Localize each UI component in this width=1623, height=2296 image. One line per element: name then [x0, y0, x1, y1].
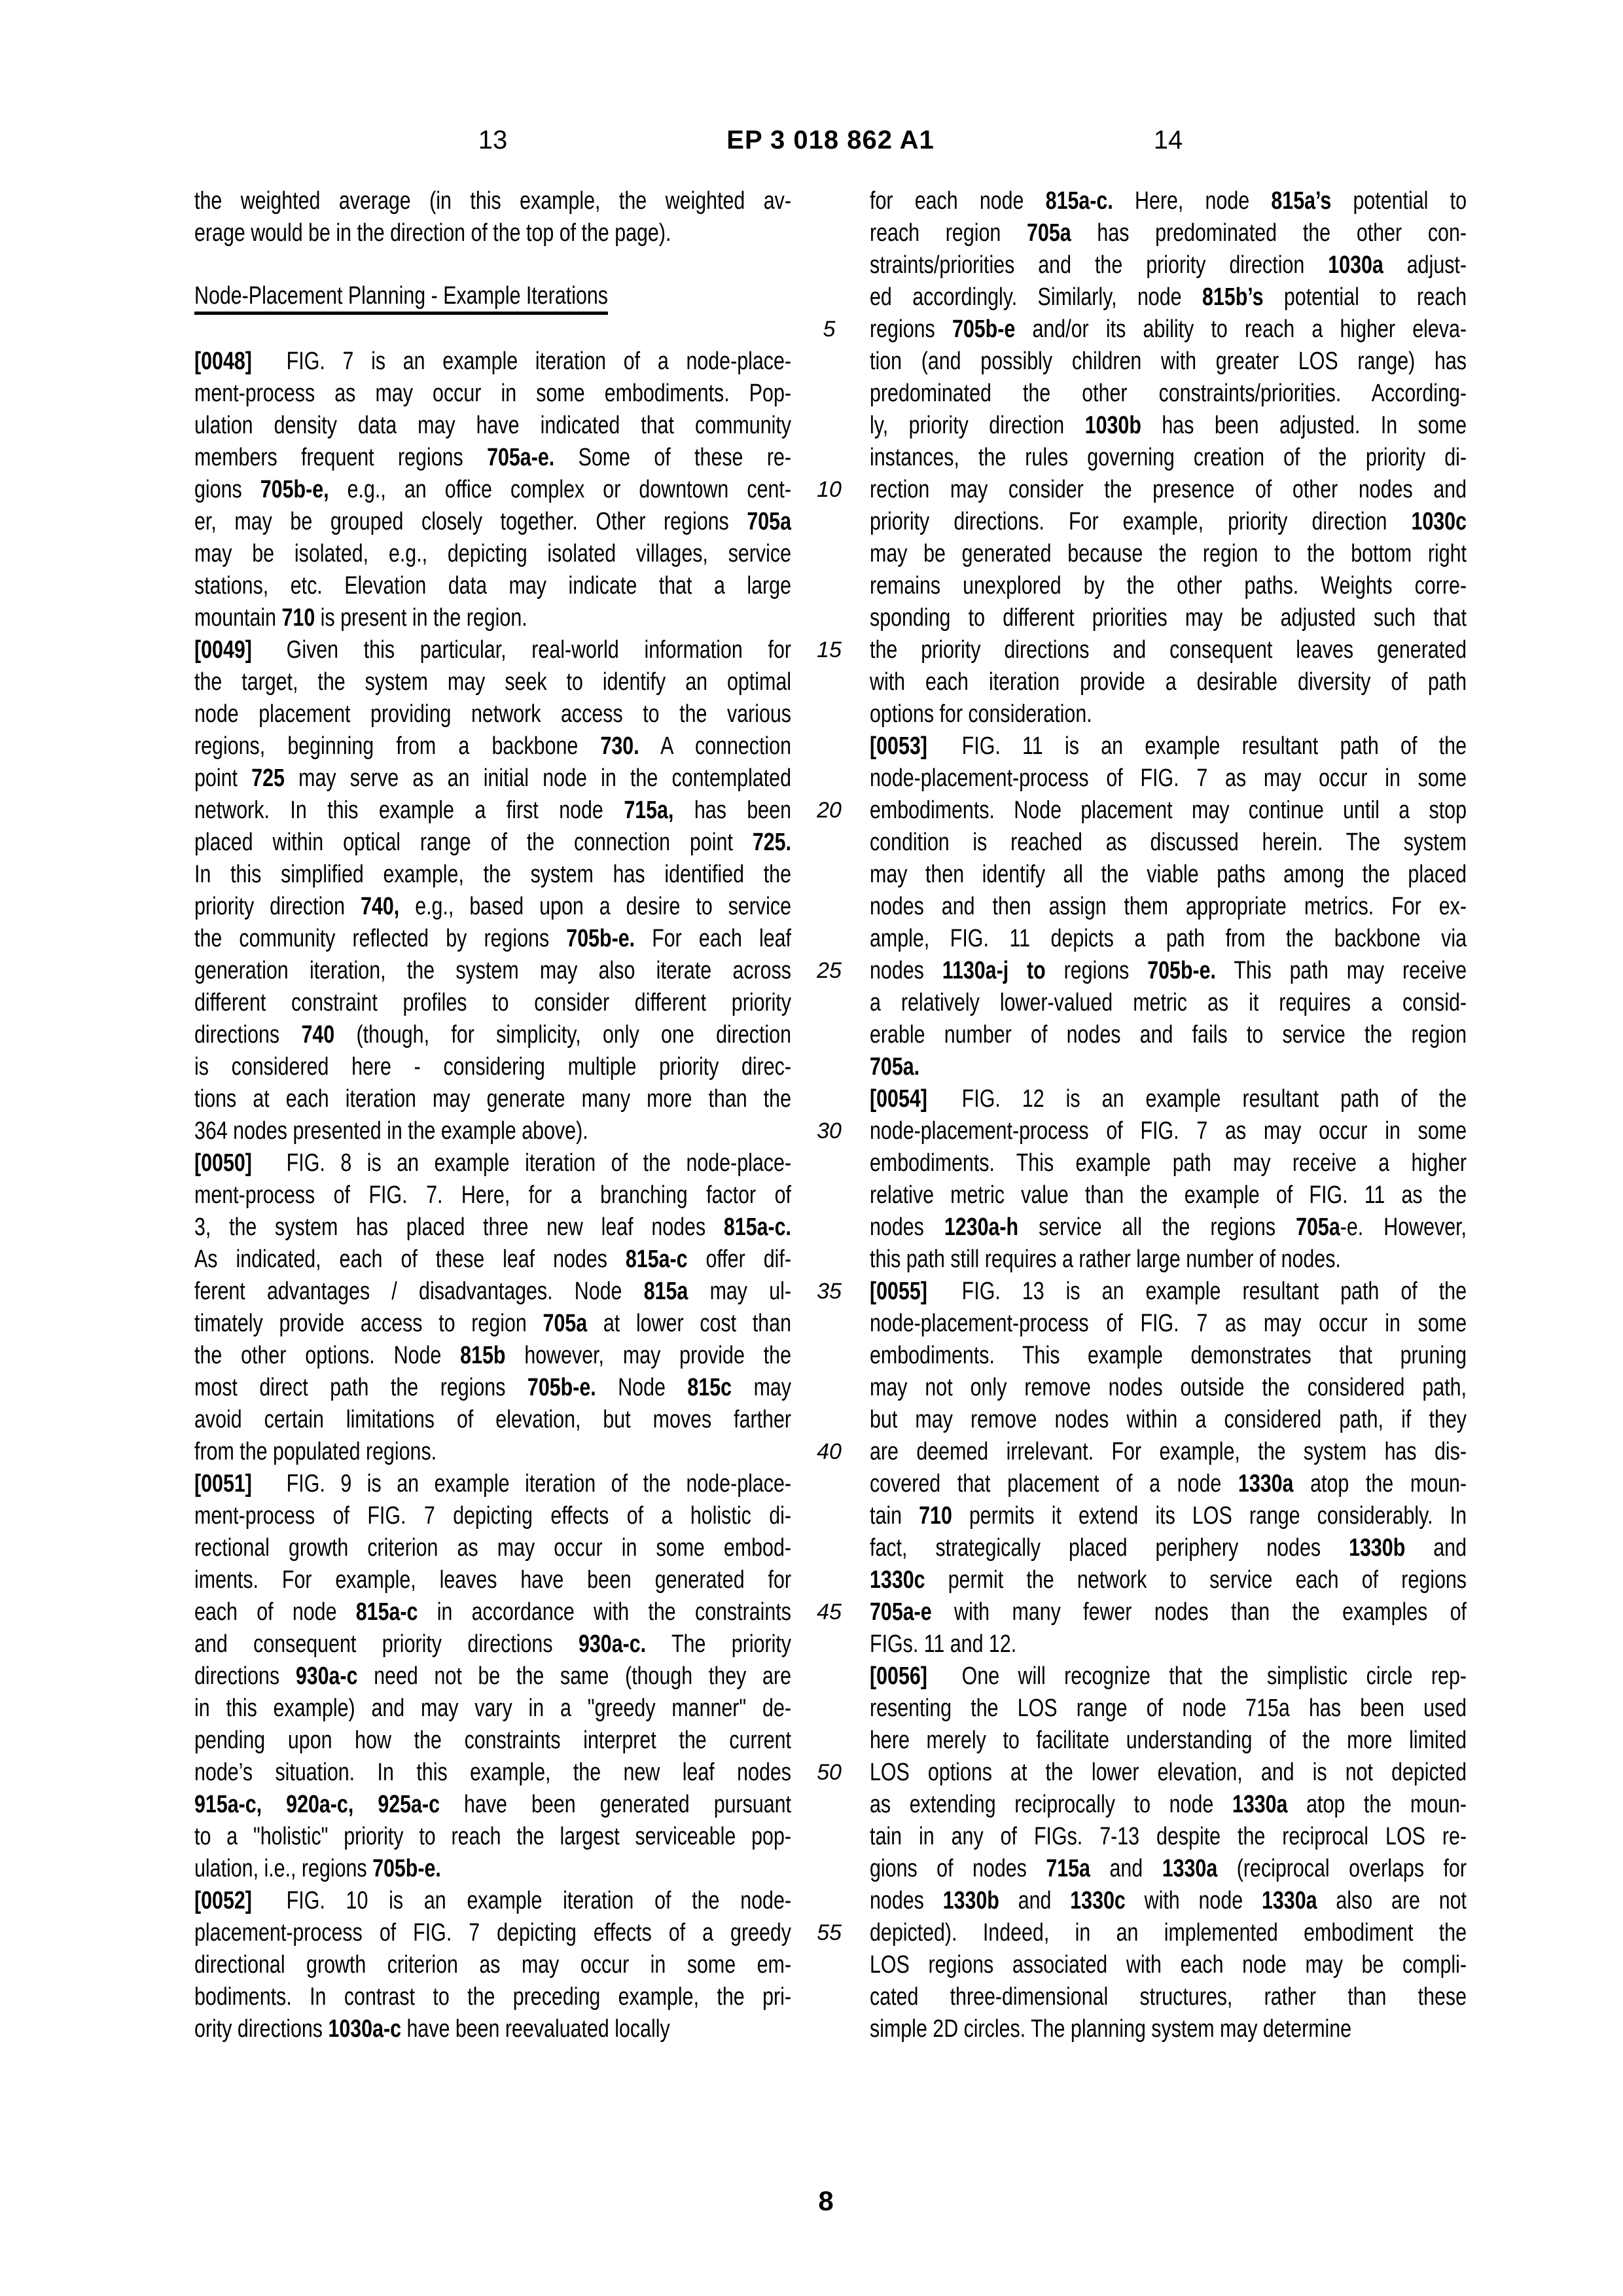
line-number: 30 — [806, 1115, 852, 1147]
text-line: predominated the other constraints/prior… — [870, 378, 1467, 410]
text-line: most direct path the regions 705b-e. Nod… — [194, 1372, 791, 1404]
text-line: relative metric value than the example o… — [870, 1179, 1467, 1211]
text-line: straints/priorities and the priority dir… — [870, 249, 1467, 281]
text-line: gions of nodes 715a and 1330a (reciproca… — [870, 1853, 1467, 1885]
line-number: 35 — [806, 1276, 852, 1308]
text-line: LOS regions associated with each node ma… — [870, 1949, 1467, 1981]
text-line: node-placement-process of FIG. 7 as may … — [870, 762, 1467, 795]
text-column-right-content: for each node 815a-c. Here, node 815a’s … — [870, 185, 1467, 2045]
text-line: 705a. — [870, 1051, 1467, 1083]
text-line: directional growth criterion as may occu… — [194, 1949, 791, 1981]
text-line: 1330c permit the network to service each… — [870, 1564, 1467, 1596]
page-number: 8 — [793, 2185, 859, 2217]
text-line: ed accordingly. Similarly, node 815b’s p… — [870, 281, 1467, 314]
text-line: As indicated, each of these leaf nodes 8… — [194, 1244, 791, 1276]
line-number: 15 — [806, 634, 852, 666]
text-line: regions 705b-e and/or its ability to rea… — [870, 314, 1467, 346]
text-line: may not only remove nodes outside the co… — [870, 1372, 1467, 1404]
line-number: 50 — [806, 1757, 852, 1789]
text-line: from the populated regions. — [194, 1436, 791, 1468]
text-line: tain 710 permits it extend its LOS range… — [870, 1500, 1467, 1532]
text-line: tion (and possibly children with greater… — [870, 346, 1467, 378]
line-number: 45 — [806, 1596, 852, 1628]
text-line: embodiments. This example demonstrates t… — [870, 1340, 1467, 1372]
text-line: avoid certain limitations of elevation, … — [194, 1404, 791, 1436]
text-line: with each iteration provide a desirable … — [870, 666, 1467, 698]
text-line: iments. For example, leaves have been ge… — [194, 1564, 791, 1596]
text-line: to a "holistic" priority to reach the la… — [194, 1821, 791, 1853]
text-line: cated three-dimensional structures, rath… — [870, 1981, 1467, 2013]
text-line: stations, etc. Elevation data may indica… — [194, 570, 791, 602]
text-line: may be isolated, e.g., depicting isolate… — [194, 538, 791, 570]
text-line: a relatively lower-valued metric as it r… — [870, 987, 1467, 1019]
text-line: is considered here - considering multipl… — [194, 1051, 791, 1083]
line-number: 40 — [806, 1436, 852, 1468]
text-line: different constraint profiles to conside… — [194, 987, 791, 1019]
text-line: pending upon how the constraints interpr… — [194, 1725, 791, 1757]
text-line: [0054]FIG. 12 is an example resultant pa… — [870, 1083, 1467, 1115]
text-line: sponding to different priorities may be … — [870, 602, 1467, 634]
text-line: priority directions. For example, priori… — [870, 506, 1467, 538]
text-line: nodes 1130a-j to regions 705b-e. This pa… — [870, 955, 1467, 987]
text-line: the other options. Node 815b however, ma… — [194, 1340, 791, 1372]
text-line: the community reflected by regions 705b-… — [194, 923, 791, 955]
text-line: 364 nodes presented in the example above… — [194, 1115, 791, 1147]
text-line: In this simplified example, the system h… — [194, 859, 791, 891]
text-line: the weighted average (in this example, t… — [194, 185, 791, 217]
text-line: [0056]One will recognize that the simpli… — [870, 1660, 1467, 1693]
text-line: ly, priority direction 1030b has been ad… — [870, 410, 1467, 442]
text-line: network. In this example a first node 71… — [194, 795, 791, 827]
line-number: 25 — [806, 955, 852, 987]
text-line: 915a-c, 920a-c, 925a-c have been generat… — [194, 1789, 791, 1821]
text-line: covered that placement of a node 1330a a… — [870, 1468, 1467, 1500]
text-line: this path still requires a rather large … — [870, 1244, 1467, 1276]
text-line: and consequent priority directions 930a-… — [194, 1628, 791, 1660]
text-line: [0051]FIG. 9 is an example iteration of … — [194, 1468, 791, 1500]
text-line: LOS options at the lower elevation, and … — [870, 1757, 1467, 1789]
text-line: 3, the system has placed three new leaf … — [194, 1211, 791, 1244]
section-heading: Node-Placement Planning - Example Iterat… — [194, 281, 608, 315]
text-line: may then identify all the viable paths a… — [870, 859, 1467, 891]
text-line: ment-process of FIG. 7. Here, for a bran… — [194, 1179, 791, 1211]
text-line: [0055]FIG. 13 is an example resultant pa… — [870, 1276, 1467, 1308]
text-line: may be generated because the region to t… — [870, 538, 1467, 570]
text-line: ment-process as may occur in some embodi… — [194, 378, 791, 410]
text-line: er, may be grouped closely together. Oth… — [194, 506, 791, 538]
text-line: timately provide access to region 705a a… — [194, 1308, 791, 1340]
text-line: fact, strategically placed periphery nod… — [870, 1532, 1467, 1564]
patent-document-page: 13 EP 3 018 862 A1 14 510152025303540455… — [0, 0, 1623, 2296]
text-line: the target, the system may seek to ident… — [194, 666, 791, 698]
text-line: ulation density data may have indicated … — [194, 410, 791, 442]
text-line: instances, the rules governing creation … — [870, 442, 1467, 474]
text-line: ment-process of FIG. 7 depicting effects… — [194, 1500, 791, 1532]
text-line: directions 740 (though, for simplicity, … — [194, 1019, 791, 1051]
text-line: rectional growth criterion as may occur … — [194, 1532, 791, 1564]
text-line: placement-process of FIG. 7 depicting ef… — [194, 1917, 791, 1949]
text-column-left: the weighted average (in this example, t… — [194, 185, 791, 2045]
text-line: members frequent regions 705a-e. Some of… — [194, 442, 791, 474]
text-line: ority directions 1030a-c have been reeva… — [194, 2013, 791, 2045]
text-line: reach region 705a has predominated the o… — [870, 217, 1467, 249]
text-line: as extending reciprocally to node 1330a … — [870, 1789, 1467, 1821]
line-number: 20 — [806, 795, 852, 827]
blank-line — [194, 249, 791, 281]
text-line: tions at each iteration may generate man… — [194, 1083, 791, 1115]
text-line: but may remove nodes within a considered… — [870, 1404, 1467, 1436]
line-number: 10 — [806, 474, 852, 506]
text-line: nodes 1230a-h service all the regions 70… — [870, 1211, 1467, 1244]
header-publication-number: EP 3 018 862 A1 — [634, 124, 1027, 156]
header-column-number-right: 14 — [1129, 124, 1207, 156]
text-line: bodiments. In contrast to the preceding … — [194, 1981, 791, 2013]
text-line: regions, beginning from a backbone 730. … — [194, 730, 791, 762]
text-line: [0048]FIG. 7 is an example iteration of … — [194, 346, 791, 378]
text-line: [0050]FIG. 8 is an example iteration of … — [194, 1147, 791, 1179]
text-line: priority direction 740, e.g., based upon… — [194, 891, 791, 923]
text-line: the priority directions and consequent l… — [870, 634, 1467, 666]
text-line: tain in any of FIGs. 7-13 despite the re… — [870, 1821, 1467, 1853]
text-line: for each node 815a-c. Here, node 815a’s … — [870, 185, 1467, 217]
line-number: 55 — [806, 1917, 852, 1949]
text-line: condition is reached as discussed herein… — [870, 827, 1467, 859]
text-line: placed within optical range of the conne… — [194, 827, 791, 859]
text-line: options for consideration. — [870, 698, 1467, 730]
text-line: generation iteration, the system may als… — [194, 955, 791, 987]
text-line: 705a-e with many fewer nodes than the ex… — [870, 1596, 1467, 1628]
section-heading-row: Node-Placement Planning - Example Iterat… — [194, 281, 791, 314]
text-line: here merely to facilitate understanding … — [870, 1725, 1467, 1757]
line-number: 5 — [806, 314, 852, 346]
text-line: node-placement-process of FIG. 7 as may … — [870, 1115, 1467, 1147]
text-line: rection may consider the presence of oth… — [870, 474, 1467, 506]
text-line: embodiments. This example path may recei… — [870, 1147, 1467, 1179]
text-line: node placement providing network access … — [194, 698, 791, 730]
text-line: simple 2D circles. The planning system m… — [870, 2013, 1467, 2045]
text-line: [0053]FIG. 11 is an example resultant pa… — [870, 730, 1467, 762]
text-line: resenting the LOS range of node 715a has… — [870, 1693, 1467, 1725]
text-line: in this example) and may vary in a "gree… — [194, 1693, 791, 1725]
text-line: erable number of nodes and fails to serv… — [870, 1019, 1467, 1051]
blank-line — [194, 314, 791, 346]
header-column-number-left: 13 — [454, 124, 532, 156]
text-line: nodes and then assign them appropriate m… — [870, 891, 1467, 923]
text-line: depicted). Indeed, in an implemented emb… — [870, 1917, 1467, 1949]
text-line: node’s situation. In this example, the n… — [194, 1757, 791, 1789]
text-line: ulation, i.e., regions 705b-e. — [194, 1853, 791, 1885]
text-line: each of node 815a-c in accordance with t… — [194, 1596, 791, 1628]
text-line: remains unexplored by the other paths. W… — [870, 570, 1467, 602]
text-line: ferent advantages / disadvantages. Node … — [194, 1276, 791, 1308]
text-line: node-placement-process of FIG. 7 as may … — [870, 1308, 1467, 1340]
text-line: embodiments. Node placement may continue… — [870, 795, 1467, 827]
text-line: ample, FIG. 11 depicts a path from the b… — [870, 923, 1467, 955]
text-line: erage would be in the direction of the t… — [194, 217, 791, 249]
text-line: nodes 1330b and 1330c with node 1330a al… — [870, 1885, 1467, 1917]
text-column-right: for each node 815a-c. Here, node 815a’s … — [870, 185, 1467, 2045]
text-line: gions 705b-e, e.g., an office complex or… — [194, 474, 791, 506]
text-line: are deemed irrelevant. For example, the … — [870, 1436, 1467, 1468]
text-line: point 725 may serve as an initial node i… — [194, 762, 791, 795]
text-line: [0052]FIG. 10 is an example iteration of… — [194, 1885, 791, 1917]
text-line: [0049]Given this particular, real-world … — [194, 634, 791, 666]
text-line: mountain 710 is present in the region. — [194, 602, 791, 634]
text-line: directions 930a-c need not be the same (… — [194, 1660, 791, 1693]
text-column-left-content: the weighted average (in this example, t… — [194, 185, 791, 2045]
text-line: FIGs. 11 and 12. — [870, 1628, 1467, 1660]
